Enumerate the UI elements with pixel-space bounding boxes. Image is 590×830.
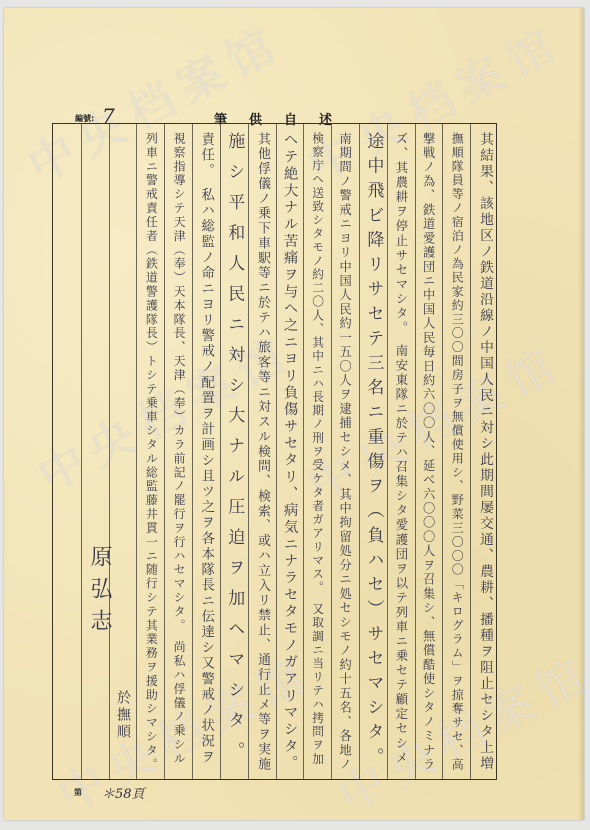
grid-column-divider <box>220 124 221 779</box>
page-number-value: ＊58頁 <box>102 783 145 802</box>
text-column: ヘテ絶大ナル苦痛ヲ与ヘ之ニヨリ負傷サセタリ、病気ニナラセタモノガアリマシタ。 <box>282 132 296 772</box>
grid-column-divider <box>136 124 137 779</box>
text-column: 視察指導シテ天津（奉）天本隊長、天津（奉）カラ前記ノ罷行ヲ行ハセマシタ。 尚私ハ… <box>172 132 184 766</box>
text-column: 施シ平和人民ニ対シ大ナル圧迫ヲ加ヘマシタ。 <box>225 132 242 772</box>
text-column: ズ、其農耕ヲ停止サセマシタ。 南安東隊ニ於テハ召集シタ愛護団ヲ以テ列車ニ乗セテ顧… <box>394 132 407 765</box>
grid-column-divider <box>359 124 360 779</box>
text-column: 列車ニ警戒責任者（鉄道警護隊長）トシテ乗車シタル総監藤井貫一ニ随行シテ其業務ヲ援… <box>144 132 156 772</box>
grid-column-divider <box>387 124 388 779</box>
grid-column-divider <box>331 124 332 779</box>
page-number-label: 第 <box>74 787 82 798</box>
grid-column-divider <box>109 124 110 779</box>
grid-column-divider <box>81 124 82 779</box>
grid-column-divider <box>192 124 193 779</box>
grid-column-divider <box>415 124 416 779</box>
text-column: 途中飛ビ降リサセテ三名ニ重傷ヲ（負ハセ）サセマシタ。 <box>364 132 381 772</box>
text-column: 撫順隊員等ノ宿泊ノ為民家約三〇〇間房子ヲ無償使用シ、野菜三〇〇〇「キログラム」ヲ… <box>450 132 462 772</box>
grid-column-divider <box>164 124 165 779</box>
text-column: 南期間ノ警戒ニヨリ中国人民約一五〇人ヲ逮捕セシメ、其中拘留処分ニ処セシモノ約十五… <box>339 132 351 772</box>
text-column: 検察庁ヘ送致シタモノ約二〇人、其中ニハ長期ノ刑ヲ受ケタ者ガアリマス。 又取調ニ当… <box>311 132 323 766</box>
text-column: 其他俘儀ノ乗下車駅等ニ於テハ旅客等ニ対スル検問、検索、或ハ立入リ禁止、通行止メ等… <box>255 132 268 772</box>
text-column: 責任。 私ハ総監ノ命ニヨリ警戒ノ配置ヲ計画シ且ツ之ヲ各本隊長ニ伝達シ又警戒ノ状況… <box>199 132 212 765</box>
signature-name: 原弘志 <box>84 545 115 641</box>
grid-column-divider <box>276 124 277 779</box>
grid-column-divider <box>442 124 443 779</box>
signature-place: 於撫順 <box>113 690 133 741</box>
ruled-writing-grid: 其結果、該地区ノ鉄道沿線ノ中国人民ニ対シ此期間屡交通、農耕、播種ヲ阻止セシタ上増… <box>52 123 497 780</box>
grid-column-divider <box>470 124 471 779</box>
grid-column-divider <box>303 124 304 779</box>
text-column: 其結果、該地区ノ鉄道沿線ノ中国人民ニ対シ此期間屡交通、農耕、播種ヲ阻止セシタ上増 <box>477 132 491 772</box>
grid-column-divider <box>248 124 249 779</box>
text-column: 撃戦ノ為、鉄道愛護団ニ中国人民毎日約六〇〇人、延べ六〇〇〇人ヲ召集シ、無償酷使シ… <box>422 132 434 772</box>
